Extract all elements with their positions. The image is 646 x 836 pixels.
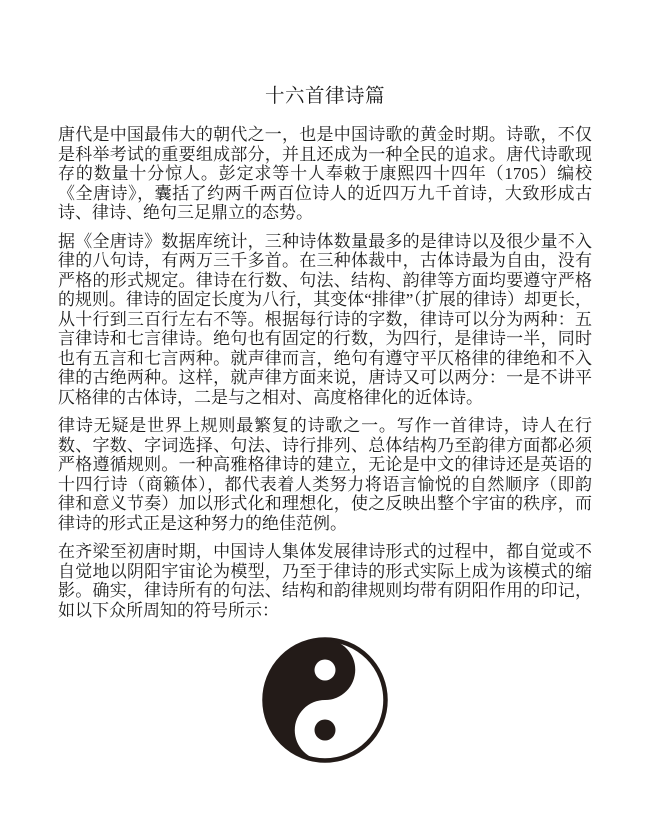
paragraph-intro-tang-poetry: 唐代是中国最伟大的朝代之一，也是中国诗歌的黄金时期。诗歌，不仅是科举考试的重要组… [58, 125, 592, 223]
paragraph-quantangshi-statistics: 据《全唐诗》数据库统计，三种诗体数量最多的是律诗以及很少量不入律的八句诗，有两万… [58, 232, 592, 408]
paragraph-yinyang-cosmology: 在齐梁至初唐时期，中国诗人集体发展律诗形式的过程中，都自觉或不自觉地以阴阳宇宙论… [58, 542, 592, 620]
document-page: 十六首律诗篇 唐代是中国最伟大的朝代之一，也是中国诗歌的黄金时期。诗歌，不仅是科… [0, 0, 646, 836]
yin-yang-icon [259, 634, 391, 766]
yin-yang-white-dot [315, 660, 336, 681]
page-title: 十六首律诗篇 [58, 85, 592, 108]
yin-yang-black-dot [315, 720, 336, 741]
yin-yang-symbol [58, 634, 592, 766]
paragraph-lushi-rules: 律诗无疑是世界上规则最繁复的诗歌之一。写作一首律诗，诗人在行数、字数、字词选择、… [58, 416, 592, 533]
